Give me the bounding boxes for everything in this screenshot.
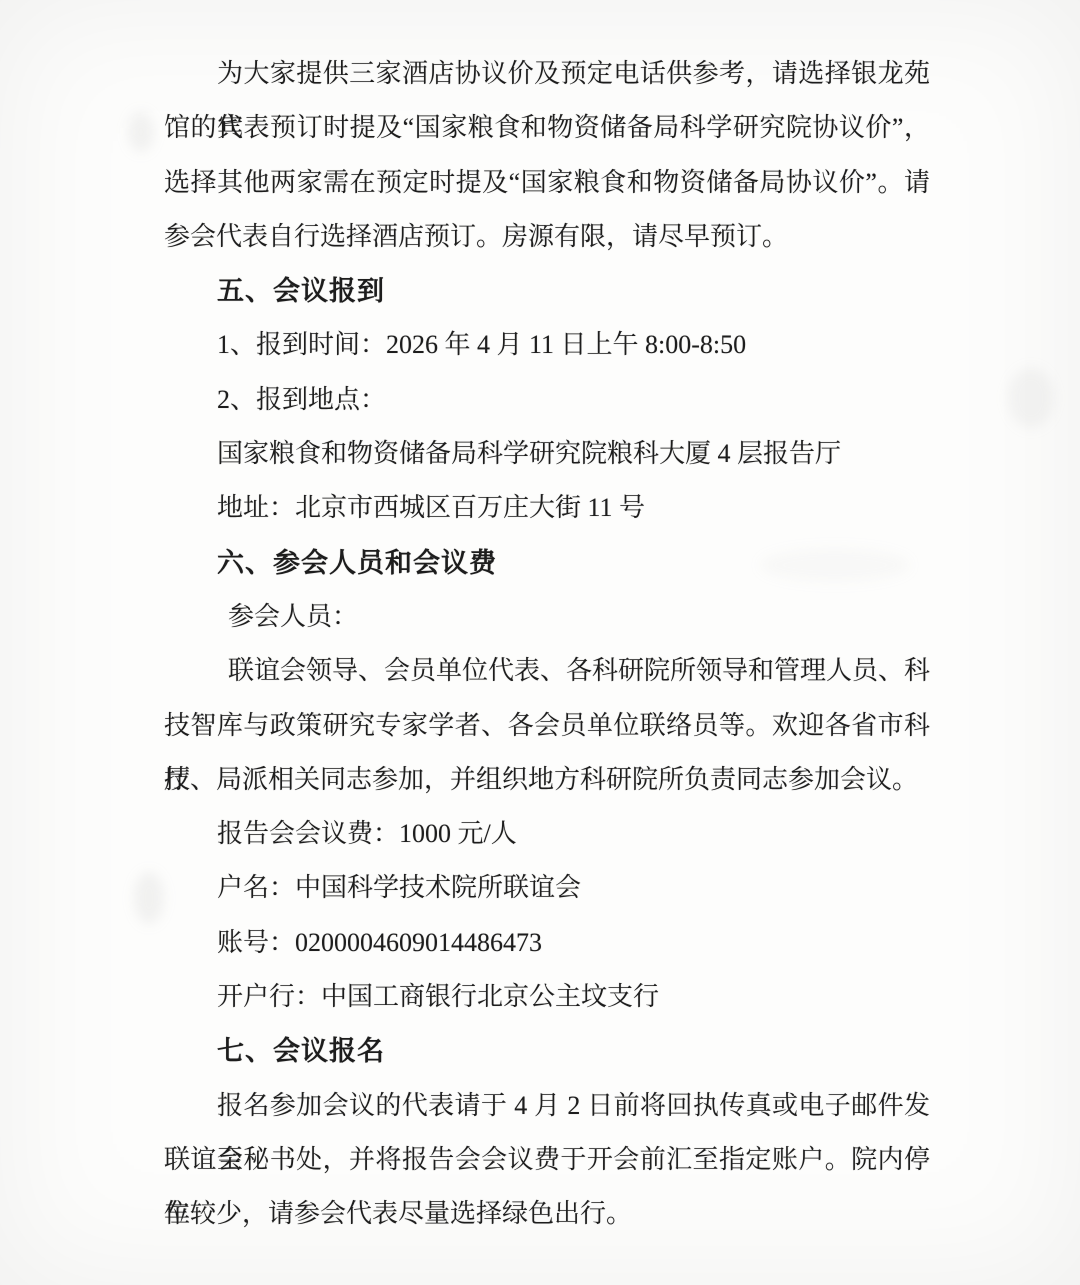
text-line: 参会人员： [164, 590, 930, 644]
text-line: 报名参加会议的代表请于 4 月 2 日前将回执传真或电子邮件发至 [164, 1079, 930, 1133]
document-page: 为大家提供三家酒店协议价及预定电话供参考，请选择银龙苑宾馆的代表预订时提及“国家… [0, 0, 1080, 1285]
scan-smudge [134, 872, 164, 924]
text-line: 联谊会秘书处，并将报告会会议费于开会前汇至指定账户。院内停车 [164, 1133, 930, 1187]
text-line: 报告会会议费：1000 元/人 [164, 807, 930, 861]
text-line: 户名：中国科学技术院所联谊会 [164, 861, 930, 915]
section-heading: 六、参会人员和会议费 [164, 536, 930, 590]
text-line: 参会代表自行选择酒店预订。房源有限，请尽早预订。 [164, 210, 930, 264]
text-line: 1、报到时间：2026 年 4 月 11 日上午 8:00-8:50 [164, 318, 930, 372]
text-line: 国家粮食和物资储备局科学研究院粮科大厦 4 层报告厅 [164, 427, 930, 481]
text-line: 为大家提供三家酒店协议价及预定电话供参考，请选择银龙苑宾 [164, 47, 930, 101]
document-text-block: 为大家提供三家酒店协议价及预定电话供参考，请选择银龙苑宾馆的代表预订时提及“国家… [164, 47, 930, 1242]
text-line: 馆的代表预订时提及“国家粮食和物资储备局科学研究院协议价”， [164, 101, 930, 155]
scan-smudge [128, 112, 154, 152]
scan-smudge [1008, 368, 1054, 428]
text-line: 选择其他两家需在预定时提及“国家粮食和物资储备局协议价”。请 [164, 156, 930, 210]
text-line: 联谊会领导、会员单位代表、各科研院所领导和管理人员、科 [164, 644, 930, 698]
text-line: 技智库与政策研究专家学者、各会员单位联络员等。欢迎各省市科技 [164, 699, 930, 753]
text-line: 账号：0200004609014486473 [164, 916, 930, 970]
text-line: 地址：北京市西城区百万庄大街 11 号 [164, 481, 930, 535]
text-line: 厅、局派相关同志参加，并组织地方科研院所负责同志参加会议。 [164, 753, 930, 807]
section-heading: 五、会议报到 [164, 264, 930, 318]
text-line: 开户行：中国工商银行北京公主坟支行 [164, 970, 930, 1024]
text-line: 2、报到地点： [164, 373, 930, 427]
text-line: 位较少，请参会代表尽量选择绿色出行。 [164, 1187, 930, 1241]
section-heading: 七、会议报名 [164, 1024, 930, 1078]
